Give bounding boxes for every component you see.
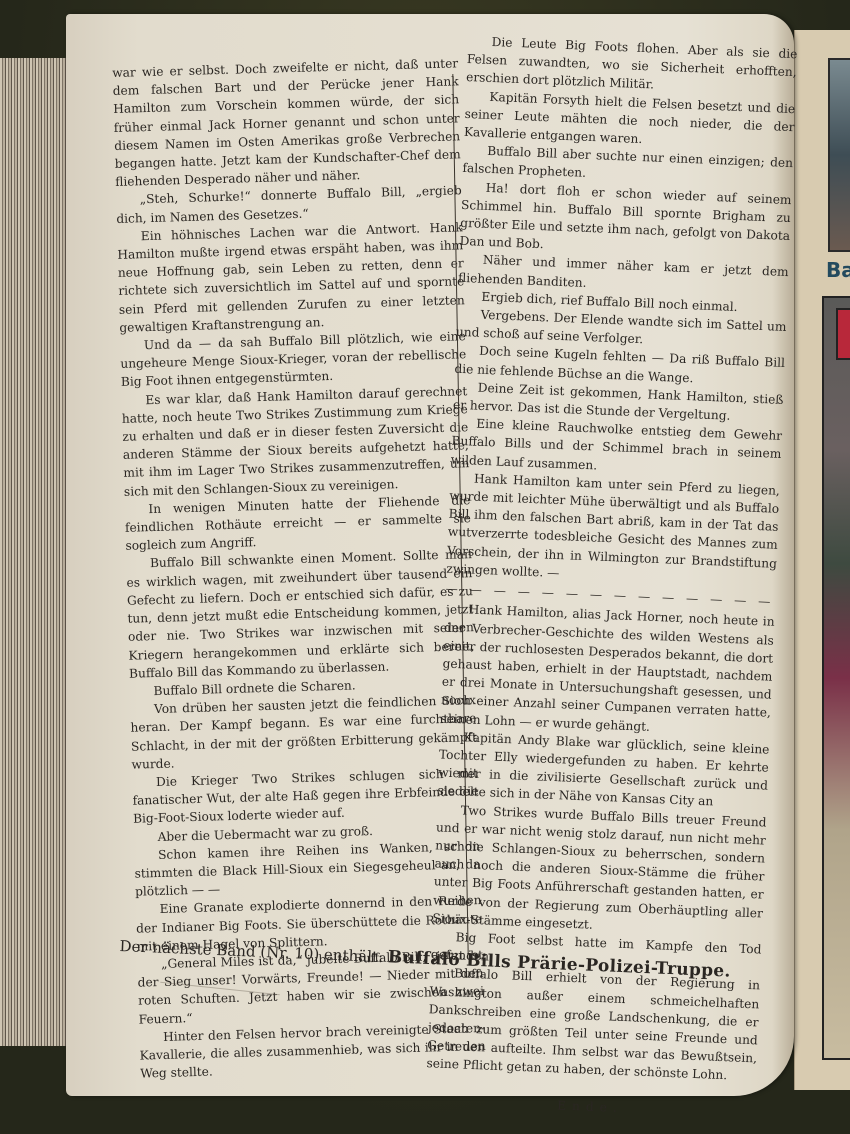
right-column-epilogue: Hank Hamilton, alias Jack Horner, noch h… bbox=[426, 600, 775, 1086]
paragraph: Buffalo Bill schwankte einen Moment. Sol… bbox=[126, 546, 475, 683]
adjacent-book-title-fragment: Ba bbox=[826, 258, 850, 282]
paragraph: Und da — da sah Buffalo Bill plötzlich, … bbox=[120, 327, 467, 391]
paragraph: Buffalo Bill erhielt von der Regierung i… bbox=[426, 964, 760, 1086]
book-page: war wie er selbst. Doch zweifelte er nic… bbox=[66, 14, 794, 1096]
right-column-story: Die Leute Big Foots flohen. Aber als sie… bbox=[446, 32, 798, 591]
paragraph: In wenigen Minuten hatte der Fliehende d… bbox=[124, 491, 471, 555]
paragraph: Hank Hamilton, alias Jack Horner, noch h… bbox=[440, 600, 775, 741]
paragraph: Hank Hamilton kam unter sein Pferd zu li… bbox=[446, 469, 780, 591]
paragraph: Es war klar, daß Hank Hamilton darauf ge… bbox=[121, 382, 470, 501]
paragraph: Von drüben her sausten jetzt die feindli… bbox=[130, 691, 478, 773]
paragraph: Two Strikes wurde Buffalo Bills treuer F… bbox=[432, 800, 767, 941]
paragraph: war wie er selbst. Doch zweifelte er nic… bbox=[112, 54, 461, 191]
paragraph: Kapitän Andy Blake war glücklich, seine … bbox=[437, 727, 770, 813]
adjacent-book-illustration-top bbox=[828, 58, 850, 252]
paragraph: Ha! dort floh er schon wieder auf seinem… bbox=[459, 178, 792, 264]
adjacent-book-illustration bbox=[822, 296, 850, 1060]
paragraph: Ein höhnisches Lachen war die Antwort. H… bbox=[117, 218, 466, 337]
adjacent-book-number-badge bbox=[836, 308, 850, 360]
left-text-column: war wie er selbst. Doch zweifelte er nic… bbox=[112, 54, 486, 1083]
paragraph: Die Krieger Two Strikes schlugen sich mi… bbox=[132, 764, 479, 828]
page-stack-edge bbox=[0, 58, 69, 1046]
paragraph: Schon kamen ihre Reihen ins Wanken, scho… bbox=[134, 837, 481, 901]
